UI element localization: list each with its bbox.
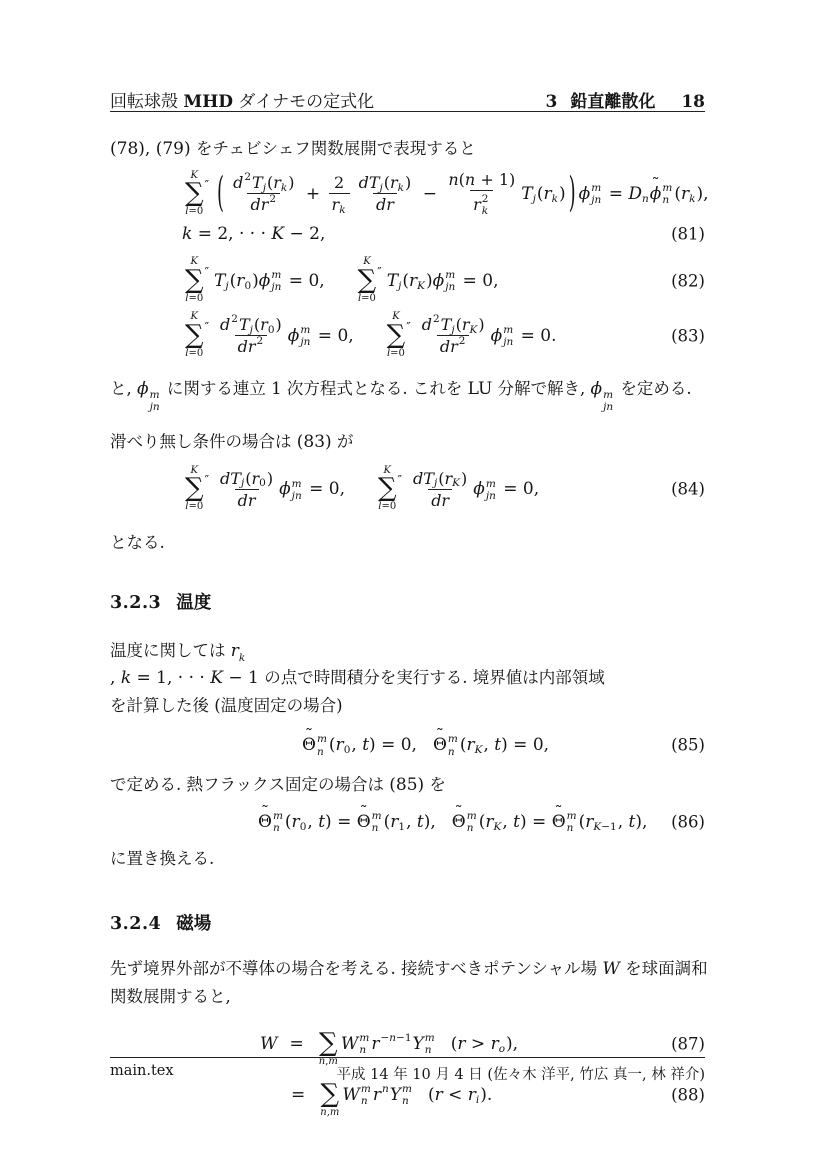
accented-symbol: Θ˜ xyxy=(452,812,466,832)
text-run: dT xyxy=(359,173,380,192)
text-run: 分解で解き, xyxy=(492,379,590,398)
text-run: r xyxy=(390,173,398,192)
sigma-glyph: ∑ xyxy=(321,1083,340,1107)
text-run: ( xyxy=(451,1034,458,1054)
accented-symbol: Θ˜ xyxy=(357,812,371,832)
text-run: r xyxy=(273,173,281,192)
subscript: jn xyxy=(271,281,281,293)
lower-limit: l=0 xyxy=(185,206,203,219)
denominator: dr2 xyxy=(247,193,280,214)
footer-rule xyxy=(110,1057,705,1058)
subscript: jn xyxy=(292,490,302,502)
text-run: dT xyxy=(220,469,241,488)
subscript: K xyxy=(452,477,460,489)
tilde-accent: ˜ xyxy=(555,804,563,820)
equation-number: (88) xyxy=(671,1085,705,1104)
superscript: m xyxy=(271,269,281,281)
fraction: d2Tj(rK)dr2 xyxy=(419,315,488,356)
text-run: t xyxy=(629,812,636,832)
text-run: 関数展開すると, xyxy=(110,987,231,1006)
summation: K∑l=0″ xyxy=(378,465,404,514)
summation-limits: K∑l=0 xyxy=(185,465,204,514)
double-prime: ″ xyxy=(205,178,209,192)
tilde-accent: ˜ xyxy=(436,727,444,743)
text-run: ) xyxy=(405,173,411,192)
sub-superscript: mjn xyxy=(503,324,513,348)
sub-superscript: mjn xyxy=(300,324,310,348)
fraction: 2rk xyxy=(329,173,350,214)
subscript: 0 xyxy=(244,280,251,292)
text-run: ϕ xyxy=(288,326,300,346)
subscript: K xyxy=(417,280,425,292)
subscript: n xyxy=(662,194,669,206)
text-run: ( xyxy=(329,735,336,755)
subscript: 0 xyxy=(344,744,351,756)
fraction: dTj(rk)dr xyxy=(356,173,415,214)
text-run: = xyxy=(603,184,628,204)
numerator: dTj(rk) xyxy=(356,173,415,192)
summation-limits: ∑n,m xyxy=(319,1019,338,1068)
text-run: 温度に関しては xyxy=(110,641,231,660)
text-run: r xyxy=(681,184,689,204)
section-number: 3.2.3 xyxy=(110,593,161,613)
sub-superscript: mn xyxy=(273,810,283,834)
big-paren: ) xyxy=(569,170,576,218)
text-run: W xyxy=(341,1034,358,1054)
text-run: ) xyxy=(461,469,467,488)
section-heading: 3.2.4磁場 xyxy=(110,912,705,937)
denominator: dr xyxy=(235,489,259,510)
sigma-glyph: ∑ xyxy=(358,269,377,293)
text-run: ( xyxy=(428,1085,435,1105)
sub-superscript: mn xyxy=(448,733,458,757)
text-run: ) = xyxy=(325,812,357,832)
subscript: j xyxy=(398,280,401,292)
text-run: ( xyxy=(230,271,237,291)
numerator: dTj(rK) xyxy=(410,469,470,488)
paragraph: 先ず境界外部が不導体の場合を考える. 接続すべきポテンシャル場 W を球面調和関… xyxy=(110,956,705,1011)
subscript: n xyxy=(567,822,574,834)
subscript: n xyxy=(361,1095,368,1107)
text-run: となる. xyxy=(110,533,165,552)
display-equation: K∑l=0″d2Tj(r0)dr2ϕmjn = 0,K∑l=0″d2Tj(rK)… xyxy=(110,311,705,360)
sub-superscript: mn xyxy=(372,810,382,834)
text-run: , xyxy=(502,812,513,832)
text-run: W xyxy=(602,959,619,979)
text-run: d xyxy=(422,315,432,334)
sub-superscript: mjn xyxy=(486,478,496,502)
text-run: = 0. xyxy=(515,326,556,346)
text-run: = 0, xyxy=(283,271,324,291)
fraction: d2Tj(rk)dr2 xyxy=(230,173,297,214)
text-run: − 2, xyxy=(284,224,325,244)
text-run: dr xyxy=(250,195,268,214)
text-run: r xyxy=(409,271,417,291)
double-prime: ″ xyxy=(398,473,402,487)
summation: ∑n,m xyxy=(319,1019,338,1068)
text-run: ( xyxy=(479,812,486,832)
text-run: と, xyxy=(110,379,137,398)
denominator: r2k xyxy=(470,190,493,217)
superscript: 2 xyxy=(269,193,276,205)
display-equation: Θ˜mn(r0, t) = 0,Θ˜mn(rK, t) = 0,(85) xyxy=(110,732,705,757)
subscript: n xyxy=(317,746,324,758)
equation-line: Θ˜mn(r0, t) = Θ˜mn(r1, t),Θ˜mn(rK, t) = … xyxy=(110,809,705,834)
accented-symbol: Θ˜ xyxy=(552,812,566,832)
text-run: n xyxy=(465,170,475,189)
equation-line: K∑l=0″dTj(r0)drϕmjn = 0,K∑l=0″dTj(rK)drϕ… xyxy=(110,465,705,514)
subscript: n xyxy=(372,822,379,834)
text-run: T xyxy=(214,271,225,291)
header-title-bold: MHD xyxy=(183,92,233,112)
superscript: m xyxy=(591,182,601,194)
subscript: n xyxy=(642,193,649,205)
text-run: dr xyxy=(376,195,394,214)
text-run: ) xyxy=(426,271,433,291)
lower-limit: n,m xyxy=(320,1107,339,1120)
text-run: r xyxy=(260,315,268,334)
superscript: m xyxy=(359,1032,369,1044)
text-run: ) xyxy=(267,469,273,488)
text-run: r xyxy=(444,469,452,488)
text-run: を xyxy=(424,775,446,794)
display-equation: Θ˜mn(r0, t) = Θ˜mn(r1, t),Θ˜mn(rK, t) = … xyxy=(110,809,705,834)
subscript: jn xyxy=(445,281,455,293)
text-run: + 1) xyxy=(475,170,515,189)
superscript: m xyxy=(603,389,613,401)
text-run: ) xyxy=(559,184,566,204)
superscript: 2 xyxy=(244,171,251,183)
text-run: ( xyxy=(402,271,409,291)
text-run: 先ず境界外部が不導体の場合を考える. 接続すべきポテンシャル場 xyxy=(110,959,602,978)
text-run: ϕ xyxy=(579,184,591,204)
sub-superscript: mn xyxy=(402,1083,412,1107)
text-run: (78), (79) xyxy=(110,139,196,159)
text-run: ) = xyxy=(520,812,552,832)
text-run: を球面調和 xyxy=(620,959,708,978)
text-run: が xyxy=(332,432,354,451)
section-title: 磁場 xyxy=(176,914,211,934)
denominator: rk xyxy=(329,193,350,214)
double-prime: ″ xyxy=(406,320,410,334)
sigma-glyph: ∑ xyxy=(185,182,204,206)
text-run: r xyxy=(236,271,244,291)
lower-limit: l=0 xyxy=(185,293,203,306)
text-run: ), xyxy=(424,812,436,832)
subscript: j xyxy=(241,477,244,489)
superscript: m xyxy=(503,324,513,336)
text-run: dr xyxy=(431,491,449,510)
text-run: ) = 0, xyxy=(369,735,417,755)
summation: K∑l=0″ xyxy=(185,256,211,305)
summation: K∑l=0″ xyxy=(358,256,384,305)
equation-number: (83) xyxy=(671,326,705,345)
text-run: T xyxy=(387,271,398,291)
numerator: dTj(r0) xyxy=(217,469,276,488)
text-run: ϕ xyxy=(591,379,603,399)
text-run: ) xyxy=(276,315,282,334)
numerator: d2Tj(rk) xyxy=(230,173,297,192)
subscript: j xyxy=(380,182,383,194)
subscript: j xyxy=(434,477,437,489)
text-run: ( xyxy=(384,812,391,832)
lower-limit: l=0 xyxy=(378,501,396,514)
subscript: 0 xyxy=(268,324,275,336)
text-run: の点で時間積分を実行する. 境界値は内部領域 xyxy=(264,668,605,687)
superscript: 2 xyxy=(231,313,238,325)
sub-superscript: mjn xyxy=(603,389,613,413)
text-run: t xyxy=(494,735,501,755)
text-run: k xyxy=(182,224,192,244)
accented-symbol: ϕ˜ xyxy=(650,184,662,204)
equation-number: (81) xyxy=(671,225,705,244)
text-run: ϕ xyxy=(491,326,503,346)
tilde-accent: ˜ xyxy=(305,727,313,743)
header-section: 3 鉛直離散化 18 xyxy=(545,87,705,112)
display-equation: K∑l=0″(d2Tj(rk)dr2 + 2rkdTj(rk)dr − n(n … xyxy=(110,170,705,245)
subscript: K xyxy=(470,324,478,336)
tilde-accent: ˜ xyxy=(455,804,463,820)
paragraph: に置き換える. xyxy=(110,846,705,874)
sub-superscript: mjn xyxy=(150,389,160,413)
sub-superscript: mn xyxy=(317,733,327,757)
header-section-number: 3 xyxy=(545,92,557,112)
text-run: を定める. xyxy=(615,379,692,398)
text-run: ) xyxy=(252,271,259,291)
denominator: dr2 xyxy=(235,335,268,356)
document-content: (78), (79) をチェビシェフ関数展開で表現するとK∑l=0″(d2Tj(… xyxy=(110,112,705,1119)
text-run: , xyxy=(307,812,318,832)
numerator: d2Tj(r0) xyxy=(217,315,285,334)
sigma-glyph: ∑ xyxy=(185,324,204,348)
subscript: jn xyxy=(486,490,496,502)
text-run: ) = 0, xyxy=(501,735,549,755)
accented-symbol: Θ˜ xyxy=(258,812,272,832)
text-run: ) xyxy=(478,315,484,334)
text-run: Y xyxy=(390,1085,401,1105)
superscript: 2 xyxy=(257,335,264,347)
text-run: = 0, xyxy=(312,326,353,346)
text-run: T xyxy=(252,173,263,192)
superscript: n xyxy=(382,1083,389,1095)
text-run: ( xyxy=(537,184,544,204)
subscript: j xyxy=(250,324,253,336)
lower-limit: l=0 xyxy=(185,348,203,361)
text-run: K xyxy=(271,224,284,244)
subscript: k xyxy=(239,650,245,667)
subscript: n xyxy=(273,822,280,834)
section-heading: 3.2.3温度 xyxy=(110,591,705,616)
text-run: dr xyxy=(440,337,458,356)
superscript: m xyxy=(486,478,496,490)
text-run: ϕ xyxy=(433,271,445,291)
header-title-pre: 回転球殻 xyxy=(110,92,183,112)
double-prime: ″ xyxy=(205,320,209,334)
text-run: n xyxy=(448,170,458,189)
superscript: 2 xyxy=(459,335,466,347)
text-run: Y xyxy=(413,1034,424,1054)
summation: K∑l=0″ xyxy=(185,465,211,514)
tilde-accent: ˜ xyxy=(360,804,368,820)
text-run: T xyxy=(441,315,452,334)
text-run: dr xyxy=(238,491,256,510)
equation-number: (86) xyxy=(671,812,705,831)
text-run: ( xyxy=(460,735,467,755)
text-run: r xyxy=(491,1034,499,1054)
subscript: 0 xyxy=(300,821,307,833)
display-equation: K∑l=0″dTj(r0)drϕmjn = 0,K∑l=0″dTj(rK)drϕ… xyxy=(110,465,705,514)
superscript: m xyxy=(292,478,302,490)
sub-superscript: mn xyxy=(361,1083,371,1107)
lower-limit: l=0 xyxy=(387,348,405,361)
text-run: r xyxy=(292,812,300,832)
subscript: jn xyxy=(150,401,160,413)
text-run: r xyxy=(231,641,239,661)
superscript: m xyxy=(150,389,160,401)
superscript: m xyxy=(317,733,327,745)
text-run: = 0, xyxy=(457,271,498,291)
running-footer: main.tex 平成 14 年 10 月 4 日 (佐々木 洋平, 竹広 真一… xyxy=(110,1063,705,1084)
text-run: r xyxy=(468,1085,476,1105)
text-run: r xyxy=(473,195,481,214)
subscript: n xyxy=(425,1044,432,1056)
text-run: 滑べり無し条件の場合は xyxy=(110,432,297,451)
equation-number: (87) xyxy=(671,1034,705,1053)
text-run: r xyxy=(332,195,340,214)
text-run: ϕ xyxy=(279,479,291,499)
text-run: ϕ xyxy=(137,379,149,399)
subscript: K xyxy=(475,744,483,756)
text-run: r xyxy=(435,1085,443,1105)
text-run: = 2, · · · xyxy=(192,224,271,244)
accented-symbol: Θ˜ xyxy=(433,735,447,755)
display-equation: W= ∑n,mWmnr−n−1Ymn(r > ro),(87) xyxy=(110,1019,705,1068)
text-run: ϕ xyxy=(259,271,271,291)
text-run: , xyxy=(483,735,494,755)
big-paren: ( xyxy=(217,170,224,218)
subscript: 0 xyxy=(259,477,266,489)
subscript: n xyxy=(467,822,474,834)
superscript: m xyxy=(300,324,310,336)
footer-date-authors: 平成 14 年 10 月 4 日 (佐々木 洋平, 竹広 真一, 林 祥介) xyxy=(337,1063,705,1084)
text-run: 2 xyxy=(334,173,344,192)
text-run: dr xyxy=(238,337,256,356)
sub-superscript: mjn xyxy=(271,269,281,293)
text-run: ), xyxy=(506,1034,518,1054)
sigma-glyph: ∑ xyxy=(378,477,397,501)
subscript: jn xyxy=(591,194,601,206)
tilde-accent: ˜ xyxy=(261,804,269,820)
text-run: をチェビシェフ関数展開で表現すると xyxy=(196,139,476,158)
text-run: ). xyxy=(480,1085,492,1105)
superscript: m xyxy=(372,810,382,822)
subscript: n xyxy=(448,746,455,758)
header-section-title: 鉛直離散化 xyxy=(570,87,655,112)
numerator: d2Tj(rK) xyxy=(419,315,488,334)
text-run: T xyxy=(521,184,532,204)
superscript: 2 xyxy=(433,313,440,325)
fraction: dTj(r0)dr xyxy=(217,469,276,510)
denominator: dr xyxy=(373,193,397,214)
section-title: 温度 xyxy=(176,593,211,613)
text-run: r xyxy=(457,1034,465,1054)
double-prime: ″ xyxy=(377,265,381,279)
text-run: r xyxy=(390,812,398,832)
text-run: に置き換える. xyxy=(110,849,214,868)
text-run: ( xyxy=(579,812,586,832)
text-run: d xyxy=(233,173,243,192)
text-run: = 0, xyxy=(498,479,539,499)
paragraph: と, ϕmjn に関する連立 1 次方程式となる. これを LU 分解で解き, … xyxy=(110,376,705,413)
text-run: r xyxy=(462,315,470,334)
denominator: dr2 xyxy=(437,335,470,356)
superscript: m xyxy=(445,269,455,281)
sub-superscript: mjn xyxy=(445,269,455,293)
paragraph: 温度に関しては rk, k = 1, · · · K − 1 の点で時間積分を実… xyxy=(110,638,705,721)
text-run: W xyxy=(342,1085,359,1105)
text-run: t xyxy=(318,812,325,832)
sigma-glyph: ∑ xyxy=(185,269,204,293)
sub-superscript: mjn xyxy=(591,182,601,206)
summation-limits: K∑l=0 xyxy=(387,311,406,360)
equation-line: K∑l=0″d2Tj(r0)dr2ϕmjn = 0,K∑l=0″d2Tj(rK)… xyxy=(110,311,705,360)
double-prime: ″ xyxy=(205,473,209,487)
paragraph: (78), (79) をチェビシェフ関数展開で表現すると xyxy=(110,136,705,164)
sub-superscript: mn xyxy=(567,810,577,834)
subscript: 1 xyxy=(398,821,405,833)
text-run: + xyxy=(300,184,325,204)
sub-superscript: mjn xyxy=(292,478,302,502)
sub-superscript: mn xyxy=(662,182,672,206)
equation-line: K∑l=0″Tj(r0)ϕmjn = 0,K∑l=0″Tj(rK)ϕmjn = … xyxy=(110,256,705,305)
text-run: r xyxy=(336,735,344,755)
text-run: (85) xyxy=(389,775,424,795)
text-run: − 1 xyxy=(223,668,264,688)
superscript: m xyxy=(273,810,283,822)
subscript: k xyxy=(281,182,287,194)
superscript: m xyxy=(402,1083,412,1095)
subscript: j xyxy=(533,193,536,205)
paragraph: で定める. 熱フラックス固定の場合は (85) を xyxy=(110,772,705,800)
sub-superscript: mn xyxy=(467,810,477,834)
subscript: K−1 xyxy=(593,821,616,833)
summation: K∑l=0″ xyxy=(387,311,413,360)
numerator: 2 xyxy=(331,173,347,192)
text-run: < xyxy=(443,1085,468,1105)
text-run: = 1, · · · xyxy=(131,668,210,688)
lower-limit: l=0 xyxy=(358,293,376,306)
subscript: jn xyxy=(300,336,310,348)
sigma-glyph: ∑ xyxy=(319,1032,338,1056)
text-run: , xyxy=(618,812,629,832)
header-title-post: ダイナモの定式化 xyxy=(233,92,374,112)
subscript: j xyxy=(451,324,454,336)
denominator: dr xyxy=(428,489,452,510)
summation-limits: K∑l=0 xyxy=(185,311,204,360)
tilde-accent: ˜ xyxy=(652,176,660,192)
text-run: W xyxy=(260,1034,277,1054)
subscript: k xyxy=(339,204,345,216)
subscript: i xyxy=(476,1094,479,1106)
subscript: j xyxy=(263,182,266,194)
subscript: n xyxy=(359,1044,366,1056)
footer-filename: main.tex xyxy=(110,1063,174,1084)
text-run: r xyxy=(543,184,551,204)
fraction: dTj(rK)dr xyxy=(410,469,470,510)
text-run: ), xyxy=(635,812,647,832)
subscript: o xyxy=(499,1043,505,1055)
text-run: r xyxy=(251,469,259,488)
